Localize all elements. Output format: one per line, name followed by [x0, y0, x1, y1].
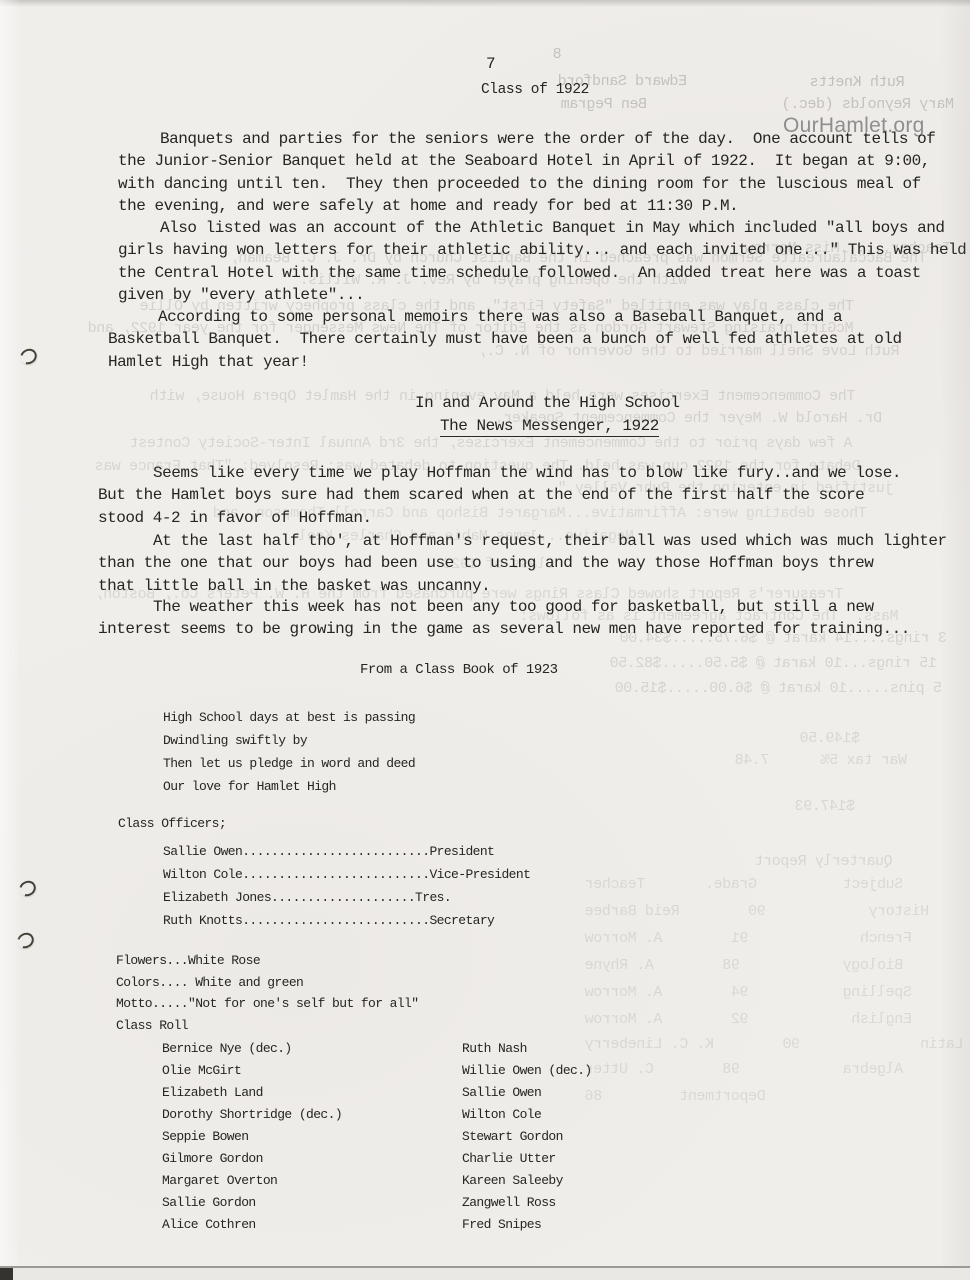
- bleedthrough-text: Ruth Knetts: [810, 74, 905, 91]
- bleedthrough-text: Spelling 94 A. Morrow: [585, 984, 912, 1001]
- text-line: But the Hamlet boys sure had them scared…: [98, 484, 901, 506]
- officer-entry: Elizabeth Jones....................Tres.: [163, 886, 530, 909]
- roll-name: Olie McGirt: [162, 1060, 342, 1082]
- roll-name: Bernice Nye (dec.): [162, 1038, 342, 1060]
- officer-entry: Wilton Cole..........................Vic…: [163, 863, 530, 886]
- roll-name: Gilmore Gordon: [162, 1148, 342, 1170]
- fact-line: Motto....."Not for one's self but for al…: [116, 993, 418, 1015]
- text-line: the Central Hotel with the same time sch…: [118, 262, 970, 284]
- text-line: girls having won letters for their athle…: [118, 239, 970, 261]
- bleedthrough-text: History 90 Reid Barbee: [585, 903, 929, 920]
- bleedthrough-text: War tax 5% 7.48: [735, 752, 907, 769]
- class-roll-right-column: Ruth NashWillie Owen (dec.)Sallie OwenWi…: [462, 1038, 592, 1236]
- page-title: Class of 1922: [481, 82, 589, 98]
- bleedthrough-text: Algebra 98 C. Utter: [585, 1061, 903, 1078]
- scanned-page: 8Ruth KnettsMary Reynolds (dec.)Edward S…: [0, 0, 970, 1280]
- text-line: than the one that our boys had been use …: [98, 552, 947, 574]
- bleedthrough-text: Biology 98 A. Rhyne: [585, 957, 903, 974]
- scan-edge-right: [940, 0, 970, 1280]
- roll-name: Sallie Owen: [462, 1082, 592, 1104]
- fact-line: Flowers...White Rose: [116, 950, 418, 972]
- poem-line: Our love for Hamlet High: [163, 775, 415, 798]
- bleedthrough-text: $147.93: [795, 798, 855, 815]
- text-line: Seems like every time we play Hoffman th…: [98, 462, 901, 484]
- bleedthrough-text: 15 rings...10 karat @ $5.50.....$82.50: [610, 655, 937, 672]
- bleedthrough-text: $149.50: [800, 730, 860, 747]
- text-line: the evening, and were safely at home and…: [118, 195, 935, 217]
- text-line: According to some personal memoirs there…: [108, 306, 902, 328]
- section-heading-news-messenger: The News Messenger, 1922: [440, 417, 659, 437]
- class-officers-label: Class Officers;: [118, 816, 226, 831]
- paragraph-last-half: At the last half tho', at Hoffman's requ…: [98, 530, 947, 597]
- bleedthrough-text: French 91 A. Morrow: [585, 930, 912, 947]
- roll-name: Wilton Cole: [462, 1104, 592, 1126]
- bleedthrough-text: Subject Grade. Teacher: [585, 876, 903, 893]
- bleedthrough-text: Quarterly Report: [755, 853, 893, 870]
- scan-edge-corner-mark: [0, 1268, 13, 1280]
- text-line: the Junior-Senior Banquet held at the Se…: [118, 150, 935, 172]
- section-heading-class-book: From a Class Book of 1923: [360, 662, 558, 678]
- text-line: At the last half tho', at Hoffman's requ…: [98, 530, 947, 552]
- class-roll-left-column: Bernice Nye (dec.)Olie McGirtElizabeth L…: [162, 1038, 342, 1236]
- bleedthrough-text: Latin 90 K. C. Lineberry: [585, 1036, 963, 1053]
- poem-line: Dwindling swiftly by: [163, 729, 415, 752]
- bleedthrough-text: 5 pins.....10 karat @ $6.00.....$15.00: [615, 680, 942, 697]
- roll-name: Sallie Gordon: [162, 1192, 342, 1214]
- bleedthrough-text: English 92 A. Morrow: [585, 1011, 912, 1028]
- bleedthrough-text: A few days prior to the Commencement Exe…: [130, 435, 853, 452]
- bleedthrough-text: 8: [553, 46, 562, 63]
- page-number: 7: [486, 55, 496, 73]
- text-line: Basketball Banquet. There certainly must…: [108, 328, 902, 350]
- roll-name: Alice Cothren: [162, 1214, 342, 1236]
- paragraph-banquets: Banquets and parties for the seniors wer…: [118, 128, 935, 217]
- roll-name: Charlie Utter: [462, 1148, 592, 1170]
- roll-name: Margaret Overton: [162, 1170, 342, 1192]
- roll-name: Seppie Bowen: [162, 1126, 342, 1148]
- bleedthrough-text: Ben Pegram: [561, 96, 647, 113]
- poem-line: Then let us pledge in word and deed: [163, 752, 415, 775]
- class-poem: High School days at best is passingDwind…: [163, 706, 415, 798]
- section-heading-high-school: In and Around the High School: [415, 394, 680, 412]
- text-line: stood 4-2 in favor of Hoffman.: [98, 507, 901, 529]
- fact-line: Class Roll: [116, 1015, 418, 1037]
- text-line: that little ball in the basket was uncan…: [98, 575, 947, 597]
- scan-edge-bottom: [0, 1266, 970, 1280]
- officer-entry: Ruth Knotts..........................Sec…: [163, 909, 530, 932]
- poem-line: High School days at best is passing: [163, 706, 415, 729]
- text-line: interest seems to be growing in the game…: [98, 618, 910, 640]
- class-officers-list: Sallie Owen..........................Pre…: [163, 840, 530, 932]
- text-line: Hamlet High that year!: [108, 351, 902, 373]
- roll-name: Fred Snipes: [462, 1214, 592, 1236]
- paragraph-baseball-banquet: According to some personal memoirs there…: [108, 306, 902, 373]
- roll-name: Kareen Saleeby: [462, 1170, 592, 1192]
- scan-edge-top: [0, 0, 970, 7]
- roll-name: Stewart Gordon: [462, 1126, 592, 1148]
- bleedthrough-text: Deportment 86: [585, 1088, 766, 1105]
- text-line: Banquets and parties for the seniors wer…: [118, 128, 935, 150]
- paragraph-athletic-banquet: Also listed was an account of the Athlet…: [118, 217, 970, 306]
- scan-edge-left: [0, 0, 22, 1280]
- officer-entry: Sallie Owen..........................Pre…: [163, 840, 530, 863]
- roll-name: Zangwell Ross: [462, 1192, 592, 1214]
- paragraph-hoffman-game: Seems like every time we play Hoffman th…: [98, 462, 901, 529]
- text-line: The weather this week has not been any t…: [98, 596, 910, 618]
- text-line: with dancing until ten. They then procee…: [118, 173, 935, 195]
- roll-name: Willie Owen (dec.): [462, 1060, 592, 1082]
- class-facts: Flowers...White RoseColors.... White and…: [116, 950, 418, 1036]
- text-line: given by "every athlete"...: [118, 284, 970, 306]
- roll-name: Dorothy Shortridge (dec.): [162, 1104, 342, 1126]
- text-line: Also listed was an account of the Athlet…: [118, 217, 970, 239]
- fact-line: Colors.... White and green: [116, 972, 418, 994]
- roll-name: Elizabeth Land: [162, 1082, 342, 1104]
- bleedthrough-text: Mary Reynolds (dec.): [782, 96, 954, 113]
- paragraph-weather: The weather this week has not been any t…: [98, 596, 910, 641]
- roll-name: Ruth Nash: [462, 1038, 592, 1060]
